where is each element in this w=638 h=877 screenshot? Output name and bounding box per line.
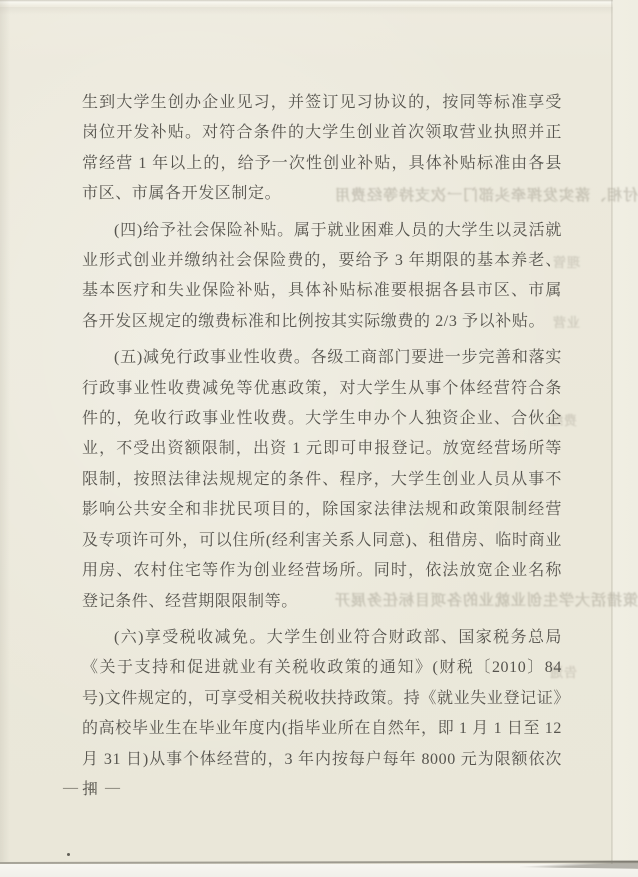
paper-crease-line <box>611 0 613 864</box>
paragraph-continuation: 生到大学生创办企业见习，并签订见习协议的，按同等标准享受岗位开发补贴。对符合条件… <box>82 88 562 210</box>
paper-top-shading <box>0 7 638 15</box>
paper-corner-shadow <box>520 859 638 869</box>
paragraph-item-6: (六)享受税收减免。大学生创业符合财政部、国家税务总局《关于支持和促进就业有关税… <box>82 623 562 805</box>
paragraph-item-5: (五)减免行政事业性收费。各级工商部门要进一步完善和落实行政事业性收费减免等优惠… <box>82 343 562 617</box>
paragraph-item-4: (四)给予社会保险补贴。属于就业困难人员的大学生以灵活就业形式创业并缴纳社会保险… <box>82 216 562 338</box>
page-number: — 4 — <box>63 780 123 797</box>
document-text: 生到大学生创办企业见习，并签订见习协议的，按同等标准享受岗位开发补贴。对符合条件… <box>82 88 562 811</box>
paper-left-shading <box>0 0 10 864</box>
paper-right-margin <box>613 0 638 864</box>
scanned-document-page: 付相、落实发挥牵头部门一次支持等经费用 策措活大学生创业就业的各项目标任务展开 … <box>0 0 638 864</box>
ink-speck <box>67 853 70 856</box>
paper-top-edge <box>0 0 638 6</box>
